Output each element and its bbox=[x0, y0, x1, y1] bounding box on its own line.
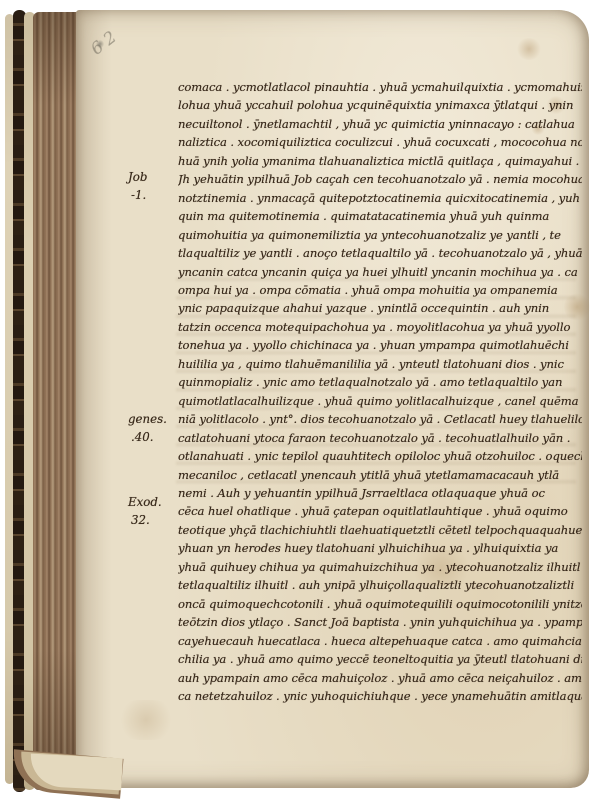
manuscript-text-line: quimohuitia ya quimonemiliztia ya ynteco… bbox=[178, 226, 582, 244]
manuscript-text-line: mecaniloc , cetlacatl ynencauh ytitlā yh… bbox=[178, 466, 582, 484]
manuscript-text-line: niā yolitlacolo . ynt°. dios tecohuanotz… bbox=[178, 410, 582, 428]
book-page-edges bbox=[33, 12, 80, 790]
manuscript-text-line: ca netetzahuiloz . ynic yuhoquichiuhque … bbox=[178, 687, 582, 705]
manuscript-text-line: notztinemia . ynmacaçā quitepotztocatine… bbox=[178, 189, 582, 207]
manuscript-text-line: Jh yehuātin ypilhuā Job caçah cen tecohu… bbox=[178, 170, 582, 188]
manuscript-text-line: cayehuecauh huecatlaca . hueca altepehua… bbox=[178, 632, 582, 650]
margin-note-ref: Exod. bbox=[128, 495, 162, 509]
manuscript-text-line: ompa hui ya . ompa cōmatia . yhuā ompa m… bbox=[178, 281, 582, 299]
manuscript-text-line: tlaqualtiliz ye yantli . anoço tetlaqual… bbox=[178, 244, 582, 262]
photo-background: 62 Job -1. genes. .40. Exod. 32. comaca … bbox=[0, 0, 597, 800]
manuscript-text-line: yhuan yn herodes huey tlatohuani ylhuich… bbox=[178, 539, 582, 557]
manuscript-text-line: lohua yhuā yccahuil polohua ycquinēquixt… bbox=[178, 96, 582, 114]
foxing-stain bbox=[116, 700, 176, 740]
pencil-inscription: 62 bbox=[87, 24, 124, 59]
manuscript-text-line: nemi . Auh y yehuantin ypilhuā Jsrraeltl… bbox=[178, 484, 582, 502]
margin-note-num: .40. bbox=[128, 428, 180, 446]
margin-note-ref: genes. bbox=[128, 412, 167, 426]
manuscript-text-line: yncanin catca yncanin quiça ya huei ylhu… bbox=[178, 263, 582, 281]
manuscript-text-line: auh ypampain amo cēca mahuiçoloz . yhuā … bbox=[178, 669, 582, 687]
manuscript-text-line: quimotlatlacalhuilizque . yhuā quimo yol… bbox=[178, 392, 582, 410]
manuscript-text-line: otlanahuati . ynic tepilol quauhtitech o… bbox=[178, 447, 582, 465]
margin-note-genesis: genes. .40. bbox=[128, 410, 180, 446]
manuscript-text-line: tonehua ya . yyollo chichinaca ya . yhua… bbox=[178, 336, 582, 354]
margin-note-job: Job -1. bbox=[128, 168, 180, 204]
manuscript-text-line: naliztica . xocomiquiliztica coculizcui … bbox=[178, 133, 582, 151]
manuscript-text-line: comaca . ycmotlatlacol pinauhtia . yhuā … bbox=[178, 78, 582, 96]
manuscript-text-line: huā ynih yolia ymanima tlahuanaliztica m… bbox=[178, 152, 582, 170]
manuscript-text-line: quinmopializ . ynic amo tetlaqualnotzalo… bbox=[178, 373, 582, 391]
manuscript-text-line: necuiltonol . ȳnetlamachtil , yhuā yc qu… bbox=[178, 115, 582, 133]
manuscript-text-line: cēca huel ohatlique . yhuā çatepan oquit… bbox=[178, 502, 582, 520]
margin-note-ref: Job bbox=[128, 170, 147, 184]
manuscript-text-line: teōtzin dios ytlaço . Sanct Joā baptista… bbox=[178, 613, 582, 631]
manuscript-text-block: comaca . ycmotlatlacol pinauhtia . yhuā … bbox=[178, 78, 582, 718]
manuscript-text-line: ynic papaquizque ahahui yazque . ynintlā… bbox=[178, 299, 582, 317]
manuscript-text-line: chilia ya . yhuā amo quimo yeccē teonelt… bbox=[178, 650, 582, 668]
manuscript-text-line: tetlaqualtiliz ilhuitl . auh ynipā ylhui… bbox=[178, 576, 582, 594]
foxing-stain bbox=[516, 38, 542, 60]
manuscript-text-line: yhuā quihuey chihua ya quimahuizchihua y… bbox=[178, 558, 582, 576]
margin-note-num: 32. bbox=[128, 511, 180, 529]
manuscript-text-line: teotique yhçā tlachichiuhtli tlaehuatiqu… bbox=[178, 521, 582, 539]
manuscript-text-line: huililia ya , quimo tlahuēmanililia yā .… bbox=[178, 355, 582, 373]
manuscript-text-line: quin ma quitemotinemia . quimatatacatine… bbox=[178, 207, 582, 225]
manuscript-text-line: oncā quimoquechcotonili . yhuā oquimoteq… bbox=[178, 595, 582, 613]
manuscript-text-line: tatzin occenca motequipachohua ya . moyo… bbox=[178, 318, 582, 336]
manuscript-text-line: catlatohuani ytoca faraon tecohuanotzalo… bbox=[178, 429, 582, 447]
margin-note-num: -1. bbox=[128, 186, 180, 204]
manuscript-page: 62 Job -1. genes. .40. Exod. 32. comaca … bbox=[76, 10, 589, 788]
margin-note-exodus: Exod. 32. bbox=[128, 493, 180, 529]
